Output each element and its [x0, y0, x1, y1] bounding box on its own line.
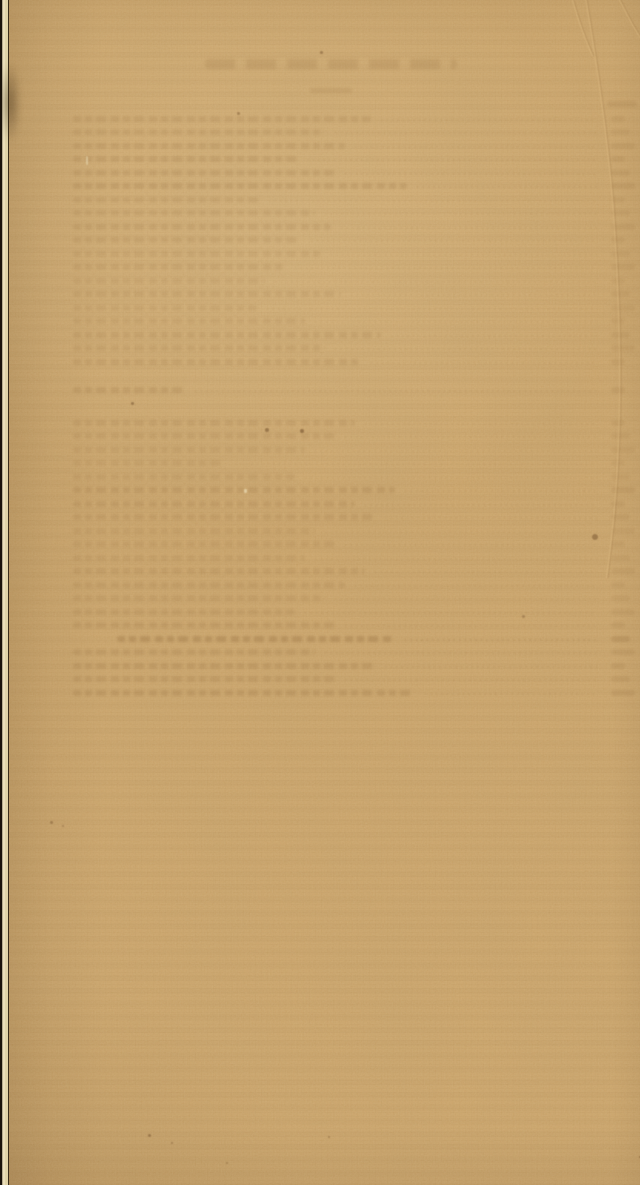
foxing-speck [148, 1134, 151, 1137]
bleedthrough-line [9, 305, 640, 313]
bleedthrough-page-number [611, 345, 635, 351]
bleedthrough-line [9, 156, 640, 164]
foxing-specks-layer [9, 0, 640, 1185]
bleedthrough-leader-dots [355, 585, 597, 587]
bleedthrough-leader-dots [331, 254, 597, 256]
bleedthrough-line [9, 332, 640, 340]
bleedthrough-line-words [73, 387, 185, 393]
bleedthrough-leader-dots [305, 612, 597, 614]
bleedthrough-page-number [611, 264, 635, 270]
bleedthrough-page-number [611, 541, 625, 547]
bleedthrough-line-words [73, 568, 365, 574]
bleedthrough-line [9, 237, 640, 245]
bleedthrough-line [9, 568, 640, 576]
bleedthrough-page-number [611, 116, 625, 122]
bleedthrough-column-label [607, 101, 637, 107]
bleedthrough-line-words [73, 595, 325, 601]
bleedthrough-line [9, 278, 640, 286]
bleedthrough-line-words [73, 170, 335, 176]
foxing-speck [171, 1142, 173, 1144]
bleedthrough-leader-dots [345, 544, 597, 546]
bleedthrough-page-number [611, 474, 630, 480]
foxing-speck [226, 1162, 228, 1164]
bleedthrough-line-words [73, 359, 361, 365]
foxing-speck [592, 534, 598, 540]
bleedthrough-leader-dots [365, 504, 597, 506]
bleedthrough-line [9, 224, 640, 232]
bleedthrough-page-number [611, 420, 625, 426]
bleedthrough-line-words [73, 278, 265, 284]
book-page-paper [9, 0, 640, 1185]
bleedthrough-leader-dots [275, 281, 597, 283]
bleedthrough-line [9, 359, 640, 367]
bleedthrough-line [9, 318, 640, 326]
bleedthrough-page-number [611, 387, 625, 393]
bleedthrough-page-number [611, 278, 625, 284]
bleedthrough-leader-dots [345, 625, 597, 627]
bleedthrough-leader-dots [371, 362, 597, 364]
bleedthrough-page-number [611, 595, 630, 601]
bleedthrough-line [9, 210, 640, 218]
bleedthrough-leader-dots [345, 436, 597, 438]
bleedthrough-line-words [73, 305, 257, 311]
bleedthrough-page-number [611, 622, 625, 628]
bleedthrough-line [9, 636, 640, 644]
bleedthrough-line-words [73, 264, 285, 270]
bleedthrough-leader-dots [335, 132, 597, 134]
bleedthrough-line-words [73, 210, 315, 216]
bleedthrough-line-words [73, 514, 375, 520]
bleedthrough-leader-dots [195, 390, 597, 392]
bleedthrough-leader-dots [311, 240, 597, 242]
foxing-speck [522, 615, 525, 618]
bleedthrough-line-words [73, 622, 335, 628]
bleedthrough-line-words [73, 143, 345, 149]
bleedthrough-leader-dots [351, 294, 597, 296]
bleedthrough-line-words [73, 447, 305, 453]
bleedthrough-divider-mark [310, 88, 352, 93]
bleedthrough-page-number [611, 460, 625, 466]
bleedthrough-line [9, 595, 640, 603]
bleedthrough-leader-dots [385, 666, 597, 668]
bleedthrough-leader-dots [417, 186, 597, 188]
bleedthrough-leader-dots [345, 173, 597, 175]
bleedthrough-page-number [611, 649, 635, 655]
bleedthrough-leader-dots [335, 598, 597, 600]
bleedthrough-line [9, 582, 640, 590]
bleedthrough-page-number [611, 170, 630, 176]
bleedthrough-line [9, 528, 640, 536]
bleedthrough-line [9, 447, 640, 455]
bleedthrough-leader-dots [391, 335, 597, 337]
bleedthrough-line-words [73, 609, 295, 615]
bleedthrough-page-number [611, 129, 630, 135]
bleedthrough-line-words [73, 474, 295, 480]
light-fleck [86, 156, 88, 165]
bleedthrough-line [9, 433, 640, 441]
bleedthrough-line [9, 183, 640, 191]
bleedthrough-leader-dots [295, 267, 597, 269]
bleedthrough-page-number [611, 332, 630, 338]
light-fleck [244, 489, 247, 493]
bleedthrough-line-words [73, 541, 335, 547]
bleedthrough-heading [205, 59, 457, 69]
bleedthrough-leader-dots [267, 308, 597, 310]
bleedthrough-line-words [73, 582, 345, 588]
bleedthrough-line [9, 264, 640, 272]
bleedthrough-line-words [117, 636, 395, 642]
bleedthrough-line [9, 487, 640, 495]
bleedthrough-page-number [611, 251, 630, 257]
bleedthrough-page-number [611, 197, 625, 203]
bleedthrough-leader-dots [385, 517, 597, 519]
bleedthrough-leader-dots [315, 450, 597, 452]
bleedthrough-leader-dots [375, 571, 597, 573]
bleedthrough-line [9, 501, 640, 509]
bleedthrough-line [9, 514, 640, 522]
bleedthrough-page-number [611, 514, 630, 520]
bleedthrough-line-words [73, 663, 375, 669]
bleedthrough-line-words [73, 237, 301, 243]
bleedthrough-line-words [73, 183, 407, 189]
bleedthrough-leader-dots [235, 463, 597, 465]
bleedthrough-line-words [73, 156, 297, 162]
bleedthrough-page-number [611, 636, 630, 642]
bleedthrough-line [9, 474, 640, 482]
bleedthrough-line [9, 197, 640, 205]
bleedthrough-page-number [611, 663, 625, 669]
bleedthrough-page-number [611, 237, 625, 243]
bleedthrough-leader-dots [305, 477, 597, 479]
bleedthrough-leader-dots [381, 119, 597, 121]
bleedthrough-leader-dots [425, 693, 597, 695]
bleedthrough-line [9, 622, 640, 630]
bleedthrough-page-number [611, 305, 635, 311]
bleedthrough-line-words [73, 332, 381, 338]
bleedthrough-page-number [611, 143, 635, 149]
bleedthrough-line-words [73, 197, 259, 203]
bleedthrough-line-words [73, 345, 325, 351]
foxing-speck [300, 429, 304, 433]
bleedthrough-line-words [73, 649, 315, 655]
bleedthrough-page-number [611, 433, 630, 439]
foxing-speck [131, 402, 134, 405]
bleedthrough-line [9, 251, 640, 259]
bleedthrough-line [9, 420, 640, 428]
bleedthrough-line [9, 170, 640, 178]
bleedthrough-page-number [611, 690, 635, 696]
bleedthrough-line [9, 690, 640, 698]
bleedthrough-leader-dots [355, 146, 597, 148]
bleedthrough-line-words [73, 318, 305, 324]
bleedthrough-text-block [9, 0, 640, 1185]
bleedthrough-line-words [73, 501, 355, 507]
bleedthrough-line-words [73, 129, 325, 135]
bleedthrough-leader-dots [365, 423, 597, 425]
bleedthrough-line [9, 676, 640, 684]
bleedthrough-line [9, 555, 640, 563]
bleedthrough-leader-dots [325, 652, 597, 654]
bleedthrough-page-number [611, 568, 635, 574]
bleedthrough-leader-dots [325, 213, 597, 215]
bleedthrough-line [9, 116, 640, 124]
bleedthrough-line [9, 345, 640, 353]
bleedthrough-leader-dots [269, 200, 597, 202]
foxing-speck [265, 428, 269, 432]
bleedthrough-line-words [73, 555, 305, 561]
bleedthrough-page-number [611, 582, 625, 588]
foxing-speck [62, 825, 64, 827]
bleedthrough-leader-dots [335, 348, 597, 350]
bleedthrough-line-words [73, 116, 371, 122]
bleedthrough-page-number [611, 183, 635, 189]
bleedthrough-line-words [73, 251, 321, 257]
bleedthrough-line-words [73, 460, 225, 466]
bleedthrough-page-number [611, 676, 630, 682]
bleedthrough-leader-dots [315, 558, 597, 560]
bleedthrough-line-words [73, 224, 331, 230]
foxing-speck [50, 821, 53, 824]
foxing-speck [328, 1136, 330, 1138]
bleedthrough-leader-dots [315, 321, 597, 323]
foxing-speck [320, 51, 323, 54]
bleedthrough-page-number [611, 501, 625, 507]
bleedthrough-page-number [611, 359, 625, 365]
bleedthrough-leader-dots [325, 531, 597, 533]
bleedthrough-line [9, 609, 640, 617]
bleedthrough-leader-dots [307, 159, 597, 161]
bleedthrough-page-number [611, 318, 625, 324]
bleedthrough-page-number [611, 528, 635, 534]
bleedthrough-line-words [73, 676, 335, 682]
bleedthrough-line-words [73, 487, 395, 493]
bleedthrough-line [9, 460, 640, 468]
bleedthrough-line [9, 649, 640, 657]
bleedthrough-page-number [611, 555, 630, 561]
scanned-book-page [0, 0, 640, 1185]
bleedthrough-line [9, 143, 640, 151]
bleedthrough-leader-dots [405, 639, 597, 641]
foxing-speck [237, 112, 240, 115]
bleedthrough-line [9, 291, 640, 299]
bleedthrough-line [9, 541, 640, 549]
bleedthrough-line-words [73, 420, 355, 426]
bleedthrough-page-number [611, 156, 625, 162]
bleedthrough-page-number [611, 487, 635, 493]
bleedthrough-page-number [611, 210, 630, 216]
bleedthrough-line [9, 387, 640, 395]
bleedthrough-leader-dots [345, 679, 597, 681]
page-edge-strip [0, 0, 9, 1185]
bleedthrough-line-words [73, 690, 415, 696]
bleedthrough-page-number [611, 224, 635, 230]
gutter-shadow [0, 50, 36, 175]
bleedthrough-line-words [73, 433, 335, 439]
bleedthrough-line-words [73, 528, 315, 534]
bleedthrough-line [9, 129, 640, 137]
paper-grain-overlay [9, 0, 640, 1185]
bleedthrough-leader-dots [341, 227, 597, 229]
bleedthrough-line [9, 663, 640, 671]
bleedthrough-page-number [611, 447, 635, 453]
bleedthrough-page-number [611, 291, 630, 297]
bleedthrough-leader-dots [405, 490, 597, 492]
bleedthrough-line-words [73, 291, 341, 297]
bleedthrough-page-number [611, 609, 635, 615]
